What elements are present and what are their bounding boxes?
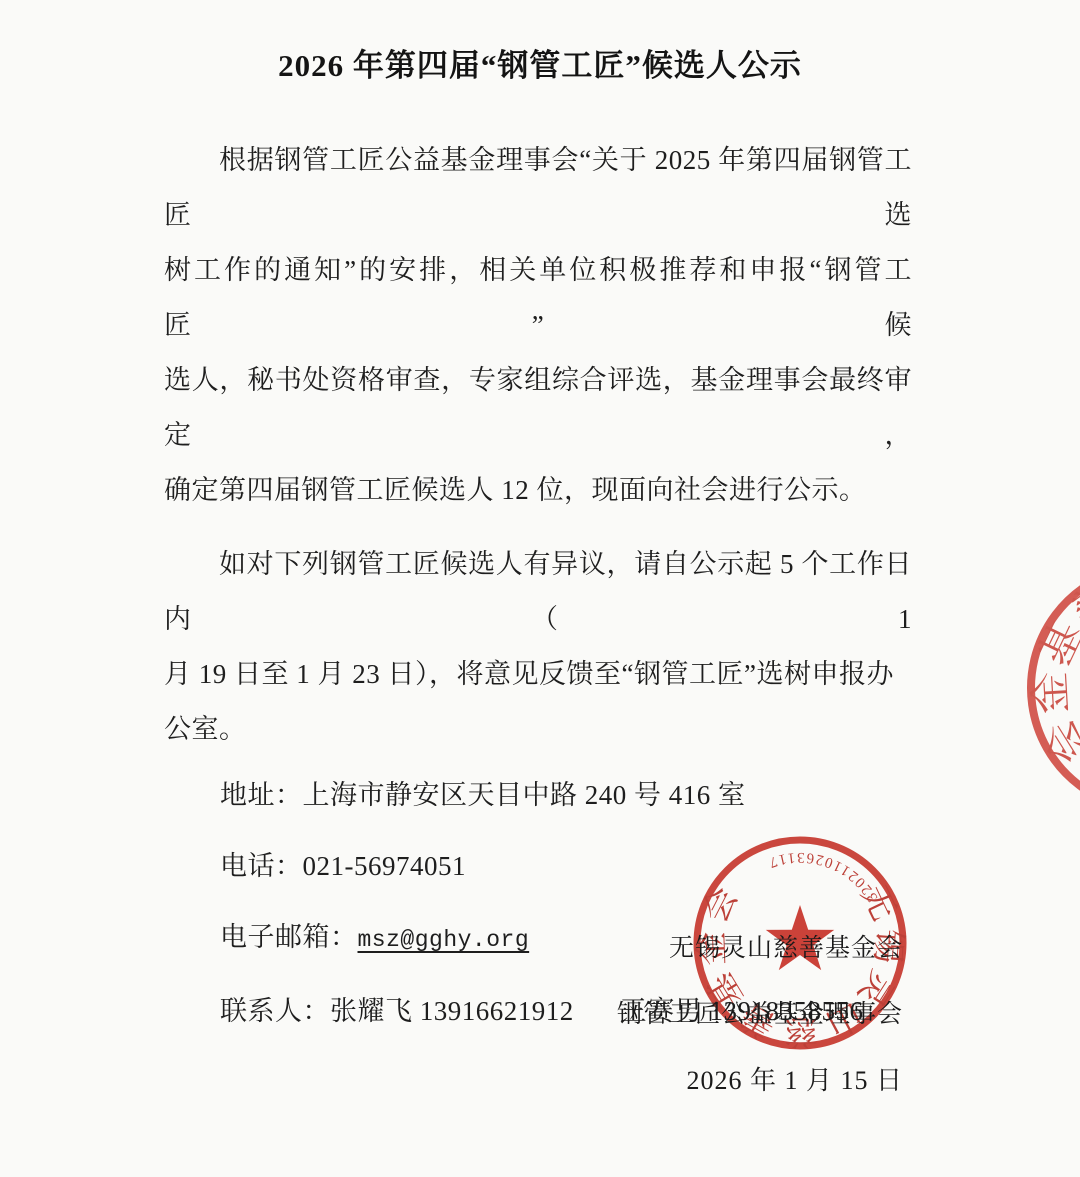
paragraph-2: 如对下列钢管工匠候选人有异议，请自公示起 5 个工作日内（1 月 19 日至 1… xyxy=(164,537,912,757)
contacts-label: 联系人： xyxy=(220,996,330,1026)
email-link[interactable]: msz@gghy.org xyxy=(358,927,530,953)
paragraph-line: 确定第四届钢管工匠候选人 12 位，现面向社会进行公示。 xyxy=(164,463,912,518)
email-label: 电子邮箱： xyxy=(220,922,358,952)
paragraph-line: 根据钢管工匠公益基金理事会“关于 2025 年第四届钢管工匠选 xyxy=(164,133,912,243)
address-label: 地址： xyxy=(220,780,303,810)
signature-org1: 无锡灵山慈善基金会 xyxy=(669,929,903,969)
contact-person-1: 张耀飞 13916621912 xyxy=(330,996,574,1026)
signature-date: 2026 年 1 月 15 日 xyxy=(686,1061,903,1101)
paragraph-line: 如对下列钢管工匠候选人有异议，请自公示起 5 个工作日内（1 xyxy=(164,537,912,647)
address-line: 地址：上海市静安区天目中路 240 号 416 室 xyxy=(220,760,912,831)
phone-value: 021-56974051 xyxy=(303,851,467,881)
phone-label: 电话： xyxy=(220,851,303,881)
announcement-document: 2026 年第四届“钢管工匠”候选人公示 根据钢管工匠公益基金理事会“关于 20… xyxy=(0,0,1080,1177)
phone-line: 电话：021-56974051 xyxy=(220,831,912,902)
address-value: 上海市静安区天目中路 240 号 416 室 xyxy=(303,780,746,810)
paragraph-line: 选人，秘书处资格审查，专家组综合评选，基金理事会最终审定， xyxy=(164,353,912,463)
page-title: 2026 年第四届“钢管工匠”候选人公示 xyxy=(0,0,1080,88)
paragraph-1: 根据钢管工匠公益基金理事会“关于 2025 年第四届钢管工匠选 树工作的通知”的… xyxy=(164,133,912,518)
signature-org2: 钢管工匠公益基金理事会 xyxy=(617,995,903,1035)
paragraph-line: 树工作的通知”的安排，相关单位积极推荐和申报“钢管工匠”候 xyxy=(164,243,912,353)
paragraph-line: 月 19 日至 1 月 23 日），将意见反馈至“钢管工匠”选树申报办公室。 xyxy=(164,647,912,757)
